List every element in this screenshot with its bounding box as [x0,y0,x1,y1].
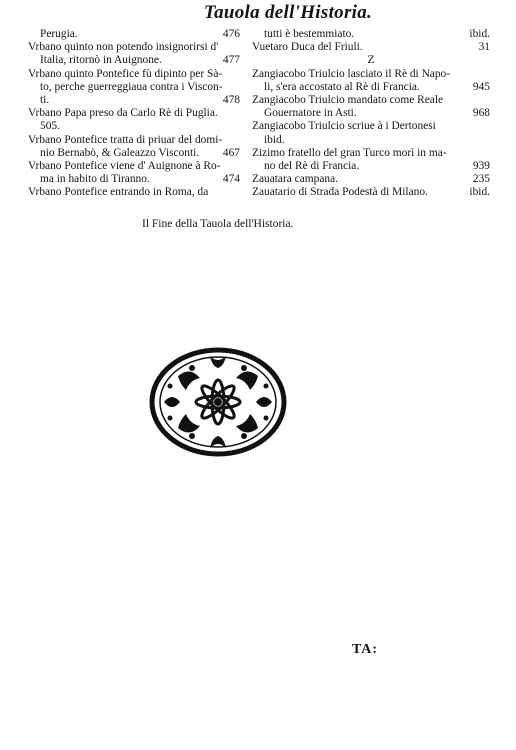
entry-text: no del Rè di Francia. [264,160,359,172]
page-title: Tauola dell'Historia. [0,2,516,24]
index-column-right: tutti è bestemmiato.ibid.Vuetaro Duca de… [252,28,490,200]
entry-text: tutti è bestemmiato. [264,28,354,40]
entry-text: li, s'era accostato al Rè di Francia. [264,81,420,93]
entry-line: 505. [28,120,240,133]
page-reference: ibid. [469,186,490,199]
entry-text: ma in habito di Tiranno. [40,173,150,185]
entry-line: Gouernatore in Asti.968 [252,107,490,120]
entry-text: Perugia. [40,28,78,40]
entry-text: ibid. [264,134,285,146]
entry-line: Zangiacobo Triulcio lasciato il Rè di Na… [252,68,490,81]
entry-line: Zauatario di Strada Podestà di Milano.ib… [252,186,490,199]
entry-text: 505. [40,120,60,132]
entry-line: nio Bernabò, & Galeazzo Visconti.467 [28,147,240,160]
entry-line: ibid. [252,134,490,147]
entry-text: Vrbano Papa preso da Carlo Rè di Puglia. [28,107,218,119]
index-entry: Vrbano Pontefice viene d' Auignone à Ro-… [28,160,240,186]
page-reference: 474 [223,173,240,186]
entry-line: tutti è bestemmiato.ibid. [252,28,490,41]
entry-line: li, s'era accostato al Rè di Francia.945 [252,81,490,94]
page-reference: 235 [473,173,490,186]
page-reference: 945 [473,81,490,94]
entry-text: nio Bernabò, & Galeazzo Visconti. [40,147,199,159]
index-entry: Vrbano quinto non potendo insignorirsi d… [28,41,240,67]
page-reference: 477 [223,54,240,67]
entry-line: no del Rè di Francia.939 [252,160,490,173]
entry-text: ti. [40,94,49,106]
entry-line: Vrbano quinto non potendo insignorirsi d… [28,41,240,54]
entry-text: Zangiacobo Triulcio lasciato il Rè di Na… [252,68,450,80]
entry-text: Italia, ritornò in Auignone. [40,54,162,66]
page-reference: 939 [473,160,490,173]
entry-text: Vrbano Pontefice viene d' Auignone à Ro- [28,160,220,172]
entry-text: Zauatario di Strada Podestà di Milano. [252,186,428,198]
index-entry: Zauatario di Strada Podestà di Milano.ib… [252,186,490,199]
page-reference: 467 [223,147,240,160]
closing-line: Il Fine della Tauola dell'Historia. [142,218,293,230]
entry-line: Zizimo fratello del gran Turco morì in m… [252,147,490,160]
index-entry: Vrbano Pontefice tratta di priuar del do… [28,134,240,160]
entry-line: to, perche guerreggiaua contra i Viscon- [28,81,240,94]
entry-line: Vuetaro Duca del Friuli.31 [252,41,490,54]
letter-heading-text: Z [252,54,490,67]
entry-text: Vrbano Pontefice tratta di priuar del do… [28,134,222,146]
entry-line: Vrbano Pontefice viene d' Auignone à Ro- [28,160,240,173]
entry-text: Vuetaro Duca del Friuli. [252,41,363,53]
letter-heading: Z [252,54,490,67]
page-reference: 476 [223,28,240,41]
entry-line: ti.478 [28,94,240,107]
entry-text: Gouernatore in Asti. [264,107,357,119]
entry-line: Zauatara campana.235 [252,173,490,186]
entry-text: Zauatara campana. [252,173,338,185]
entry-line: Perugia.476 [28,28,240,41]
index-entry: Zangiacobo Triulcio lasciato il Rè di Na… [252,68,490,94]
floral-ornament-icon [148,346,288,458]
entry-line: Vrbano Pontefice tratta di priuar del do… [28,134,240,147]
entry-text: Zangiacobo Triulcio scriue à i Dertonesi [252,120,436,132]
entry-line: Vrbano Pontefice entrando in Roma, da [28,186,240,199]
entry-text: Vrbano Pontefice entrando in Roma, da [28,186,208,198]
entry-text: Vrbano quinto non potendo insignorirsi d… [28,41,218,53]
index-entry: Zangiacobo Triulcio scriue à i Dertonesi… [252,120,490,146]
entry-line: ma in habito di Tiranno.474 [28,173,240,186]
page-reference: ibid. [469,28,490,41]
entry-line: Zangiacobo Triulcio scriue à i Dertonesi [252,120,490,133]
catchword: TA: [352,642,378,658]
index-entry: Zauatara campana.235 [252,173,490,186]
entry-text: Zizimo fratello del gran Turco morì in m… [252,147,447,159]
index-entry: Vrbano Papa preso da Carlo Rè di Puglia.… [28,107,240,133]
page-reference: 478 [223,94,240,107]
index-entry: Zizimo fratello del gran Turco morì in m… [252,147,490,173]
page-reference: 968 [473,107,490,120]
index-entry: Vrbano Pontefice entrando in Roma, da [28,186,240,199]
index-entry: Perugia.476 [28,28,240,41]
entry-text: to, perche guerreggiaua contra i Viscon- [40,81,223,93]
index-entry: Zangiacobo Triulcio mandato come RealeGo… [252,94,490,120]
entry-text: Vrbano quinto Pontefice fù dipinto per S… [28,68,222,80]
entry-text: Zangiacobo Triulcio mandato come Reale [252,94,443,106]
index-entry: Vrbano quinto Pontefice fù dipinto per S… [28,68,240,108]
index-entry: Vuetaro Duca del Friuli.31 [252,41,490,54]
entry-line: Vrbano Papa preso da Carlo Rè di Puglia. [28,107,240,120]
page-reference: 31 [479,41,490,54]
index-column-left: Perugia.476Vrbano quinto non potendo ins… [28,28,240,200]
entry-line: Zangiacobo Triulcio mandato come Reale [252,94,490,107]
index-entry: tutti è bestemmiato.ibid. [252,28,490,41]
entry-line: Italia, ritornò in Auignone.477 [28,54,240,67]
entry-line: Vrbano quinto Pontefice fù dipinto per S… [28,68,240,81]
